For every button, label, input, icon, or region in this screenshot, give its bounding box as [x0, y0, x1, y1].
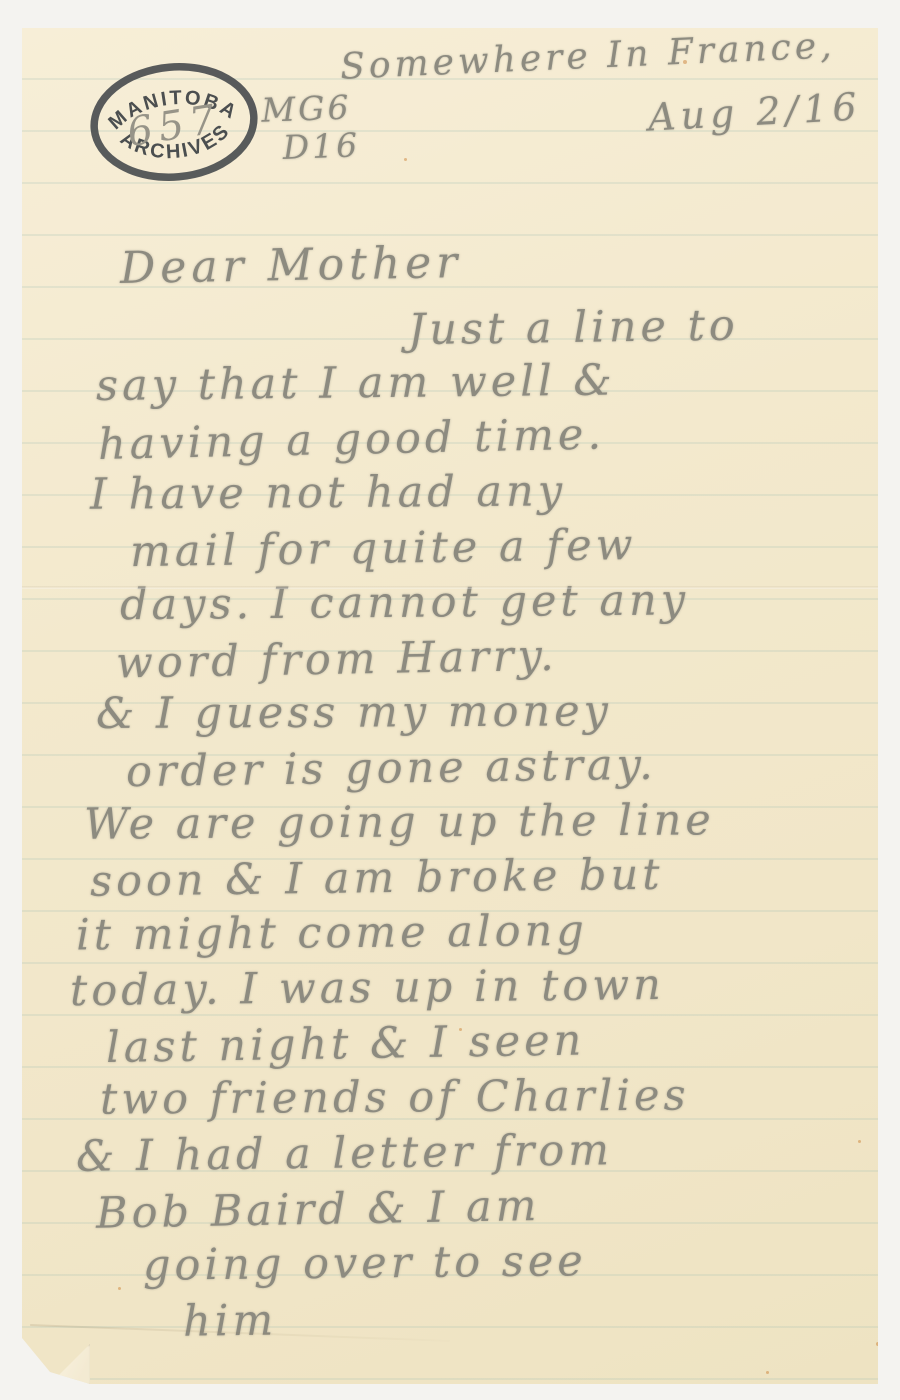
folded-corner — [50, 1344, 90, 1384]
letter-line: order is gone astray. — [126, 735, 869, 800]
letter-body: Just a line tosay that I am well &having… — [68, 300, 868, 1345]
archive-code-line1: MG6 — [261, 88, 360, 129]
archive-code-line2: D16 — [282, 126, 361, 167]
letter-line: him — [183, 1285, 869, 1350]
letter-line: & I guess my money — [96, 683, 868, 742]
heading-date: Aug 2/16 — [647, 84, 863, 139]
archives-stamp-graphic: MANITOBA ARCHIVES 657 — [79, 50, 269, 193]
foxing-speck — [766, 1371, 769, 1374]
letter-line: last night & I seen — [106, 1009, 869, 1076]
letter-line: We are going up the line — [84, 792, 868, 852]
letter-line: word from Harry. — [116, 623, 869, 691]
foxing-speck — [404, 158, 407, 161]
scan-background: MANITOBA ARCHIVES 657 MG6 D16 Somewhere … — [0, 0, 900, 1400]
letter-line: Just a line to — [408, 297, 869, 358]
archive-reference-code: MG6 D16 — [261, 88, 361, 167]
heading-place: Somewhere In France, — [339, 25, 836, 88]
letter-line: today. I was up in town — [70, 956, 869, 1019]
letter-paper: MANITOBA ARCHIVES 657 MG6 D16 Somewhere … — [22, 28, 878, 1384]
letter-line: mail for quite a few — [130, 515, 869, 580]
letter-line: going over to see — [143, 1231, 869, 1294]
salutation: Dear Mother — [120, 237, 463, 294]
letter-line: it might come along — [76, 902, 868, 964]
foxing-speck — [876, 1342, 880, 1346]
letter-line: soon & I am broke but — [90, 845, 869, 910]
letter-line: days. I cannot get any — [120, 572, 868, 634]
letter-line: I have not had any — [90, 462, 868, 522]
archives-stamp: MANITOBA ARCHIVES 657 — [79, 50, 269, 193]
letter-line: two friends of Charlies — [100, 1067, 868, 1127]
